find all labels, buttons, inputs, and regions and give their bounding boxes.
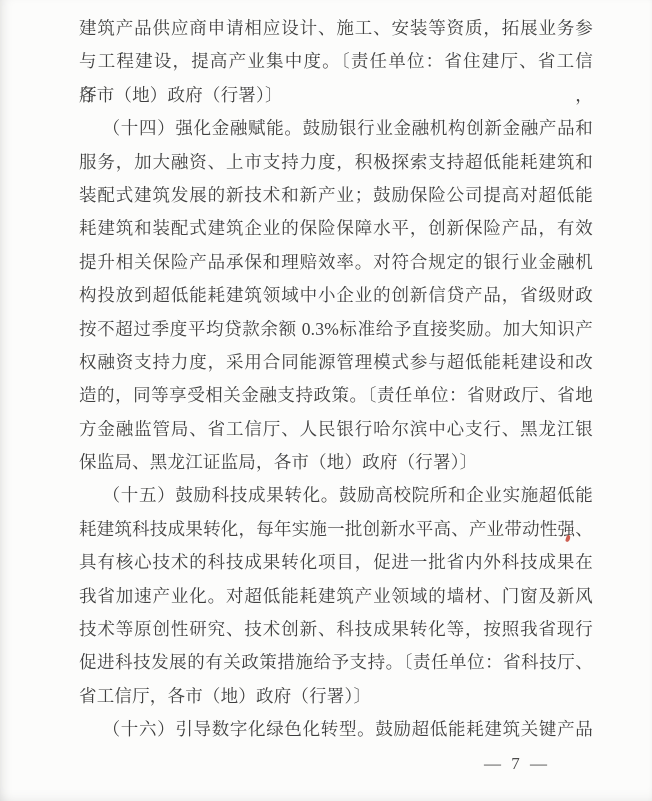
text-line: 促进科技发展的有关政策措施给予支持。〔责任单位：省科技厅、 [79, 646, 593, 679]
text-line: 省工信厅，各市（地）政府（行署）〕 [79, 680, 593, 713]
text-line-paragraph-start: （十四）强化金融赋能。鼓励银行业金融机构创新金融产品和 [79, 112, 593, 145]
document-body: 建筑产品供应商申请相应设计、施工、安装等资质，拓展业务参 与工程建设，提高产业集… [79, 12, 593, 747]
text-line: 装配式建筑发展的新技术和新产业；鼓励保险公司提高对超低能 [79, 179, 593, 212]
text-line: 构投放到超低能耗建筑领域中小企业的创新信贷产品，省级财政 [79, 279, 593, 312]
text-line: 造的，同等享受相关金融支持政策。〔责任单位：省财政厅、省地 [79, 379, 593, 412]
text-line: 按不超过季度平均贷款余额 0.3%标准给予直接奖励。加大知识产 [79, 313, 593, 346]
text-line: 方金融监管局、省工信厅、人民银行哈尔滨中心支行、黑龙江银 [79, 413, 593, 446]
text-line: 耗建筑科技成果转化，每年实施一批创新水平高、产业带动性强、 [79, 513, 593, 546]
document-page: 建筑产品供应商申请相应设计、施工、安装等资质，拓展业务参 与工程建设，提高产业集… [0, 0, 652, 801]
text-line: 耗建筑和装配式建筑企业的保险保障水平，创新保险产品，有效 [79, 212, 593, 245]
text-line: 保监局、黑龙江证监局，各市（地）政府（行署）〕 [79, 446, 593, 479]
text-line: 提升相关保险产品承保和理赔效率。对符合规定的银行业金融机 [79, 246, 593, 279]
text-line: 与工程建设，提高产业集中度。〔责任单位：省住建厅、省工信厅， [79, 45, 593, 78]
text-line-paragraph-start: （十六）引导数字化绿色化转型。鼓励超低能耗建筑关键产品 [79, 713, 593, 746]
text-line: 我省加速产业化。对超低能耗建筑产业领域的墙材、门窗及新风 [79, 580, 593, 613]
text-line: 服务，加大融资、上市支持力度，积极探索支持超低能耗建筑和 [79, 146, 593, 179]
page-number: — 7 — [484, 753, 550, 775]
text-line: 具有核心技术的科技成果转化项目，促进一批省内外科技成果在 [79, 546, 593, 579]
text-line: 权融资支持力度，采用合同能源管理模式参与超低能耗建设和改 [79, 346, 593, 379]
text-line: 建筑产品供应商申请相应设计、施工、安装等资质，拓展业务参 [79, 12, 593, 45]
text-line: 技术等原创性研究、技术创新、科技成果转化等，按照我省现行 [79, 613, 593, 646]
text-line-paragraph-start: （十五）鼓励科技成果转化。鼓励高校院所和企业实施超低能 [79, 479, 593, 512]
